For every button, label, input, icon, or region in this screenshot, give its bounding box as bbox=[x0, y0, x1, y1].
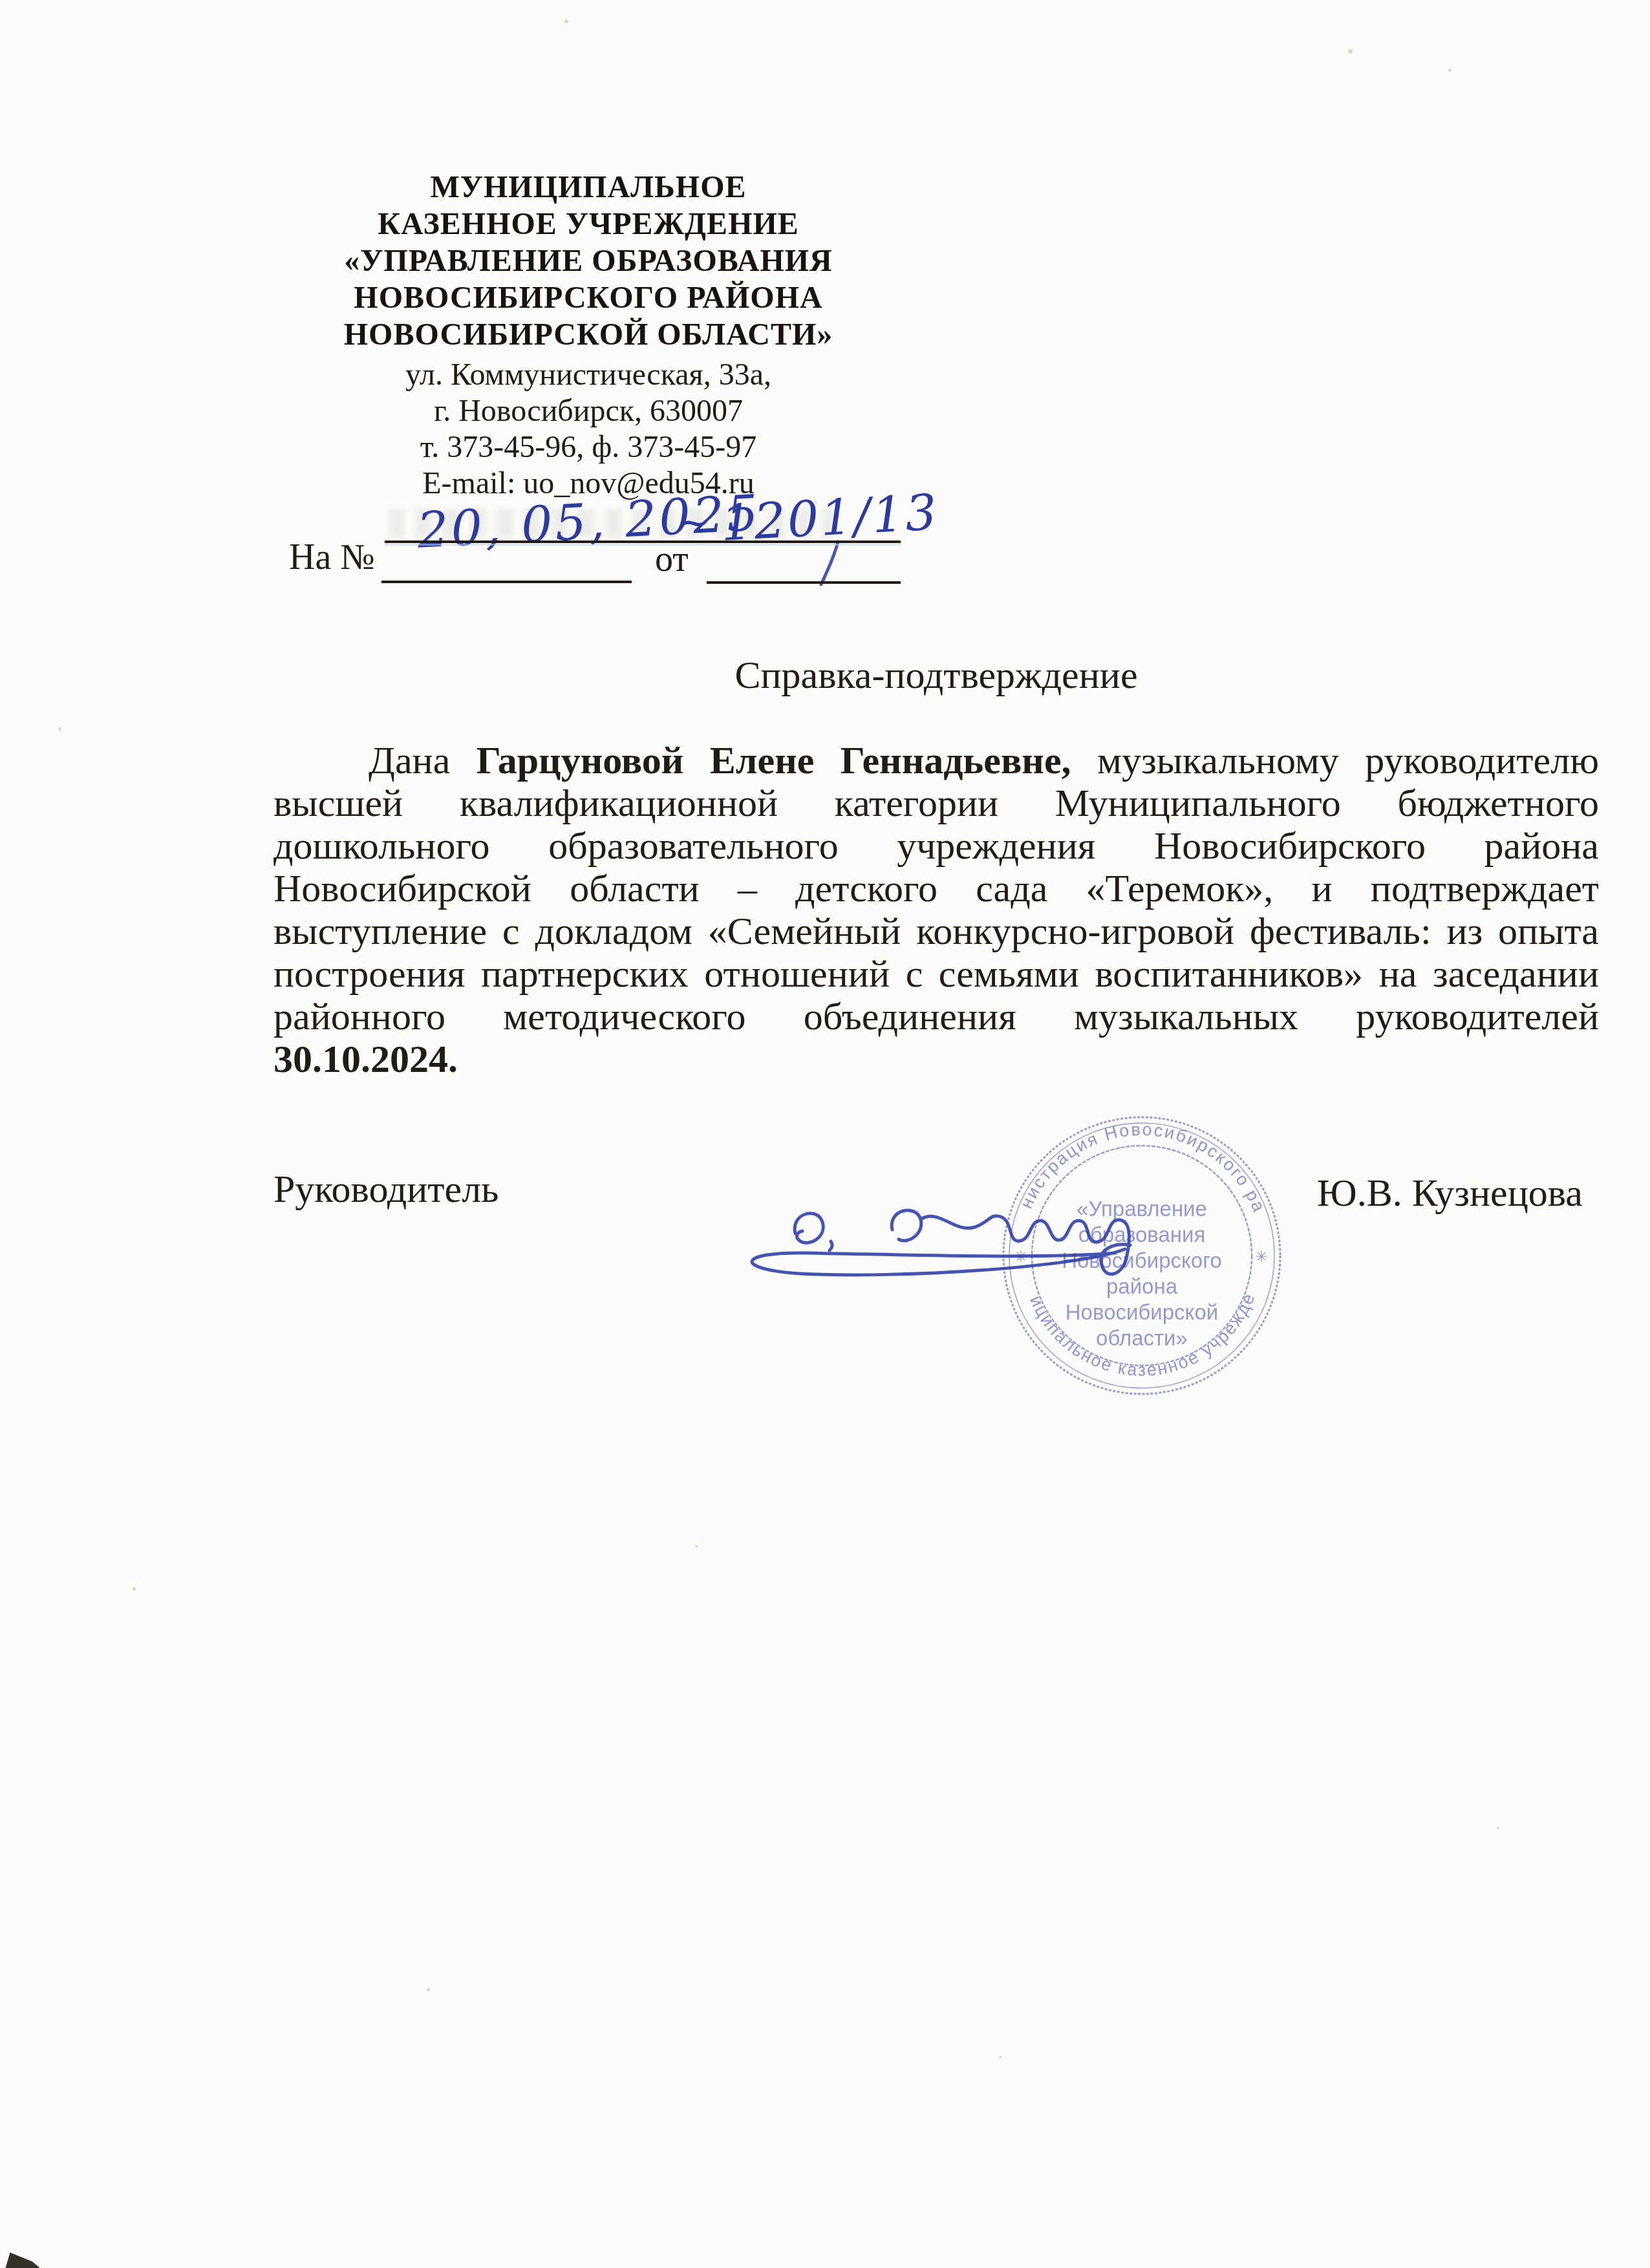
scan-speck bbox=[695, 1545, 698, 1548]
na-number-label: На № bbox=[289, 539, 375, 575]
reference-blank-line-right bbox=[707, 581, 901, 584]
address-phones: т. 373-45-96, ф. 373-45-97 bbox=[272, 429, 905, 465]
scan-speck bbox=[58, 727, 61, 731]
scan-speck bbox=[1348, 49, 1353, 54]
body-segment: Дана bbox=[369, 739, 477, 782]
scan-speck bbox=[999, 2056, 1002, 2059]
body-paragraph: Дана Гарцуновой Елене Геннадьевне, музык… bbox=[273, 739, 1599, 1080]
scan-speck bbox=[1448, 69, 1452, 72]
signer-role-label: Руководитель bbox=[273, 1168, 498, 1210]
handwritten-slash-stroke bbox=[802, 530, 866, 595]
letterhead-org-line: «УПРАВЛЕНИЕ ОБРАЗОВАНИЯ bbox=[272, 242, 905, 279]
reference-blank-line-left bbox=[381, 581, 632, 583]
scanner-artifact-line bbox=[385, 544, 901, 546]
body-segment-date-bold: 30.10.2024. bbox=[273, 1038, 458, 1080]
document-title: Справка-подтверждение bbox=[273, 654, 1599, 696]
scan-bleedthrough-band bbox=[388, 508, 834, 538]
scan-speck bbox=[133, 1587, 136, 1590]
letterhead-address: ул. Коммунистическая, 33а, г. Новосибирс… bbox=[272, 357, 905, 502]
address-street: ул. Коммунистическая, 33а, bbox=[272, 357, 905, 393]
body-segment: музыкальному руководителю высшей квалифи… bbox=[273, 739, 1599, 1038]
scan-corner-mark bbox=[0, 2238, 56, 2268]
ot-label: от bbox=[655, 541, 689, 577]
letterhead-org-line: НОВОСИБИРСКОГО РАЙОНА bbox=[272, 279, 905, 316]
signature-ink bbox=[698, 1183, 1190, 1312]
letterhead-org-line: КАЗЕННОЕ УЧРЕЖДЕНИЕ bbox=[272, 206, 905, 242]
stamp-separator-star-right: ✳ bbox=[1255, 1249, 1268, 1266]
signer-name: Ю.В. Кузнецова bbox=[1317, 1171, 1583, 1214]
letterhead-organization: МУНИЦИПАЛЬНОЕ КАЗЕННОЕ УЧРЕЖДЕНИЕ «УПРАВ… bbox=[272, 169, 905, 353]
scan-speck bbox=[1497, 1826, 1499, 1829]
letterhead-org-line: НОВОСИБИРСКОЙ ОБЛАСТИ» bbox=[272, 316, 905, 353]
scan-speck bbox=[427, 1988, 430, 1991]
scan-speck bbox=[1596, 881, 1598, 883]
address-city: г. Новосибирск, 630007 bbox=[272, 393, 905, 429]
reference-top-rule bbox=[385, 540, 901, 543]
address-email: E-mail: uo_nov@edu54.ru bbox=[272, 465, 905, 502]
scanned-letter-page: МУНИЦИПАЛЬНОЕ КАЗЕННОЕ УЧРЕЖДЕНИЕ «УПРАВ… bbox=[0, 0, 1650, 2268]
scan-speck bbox=[564, 19, 568, 23]
letterhead-org-line: МУНИЦИПАЛЬНОЕ bbox=[272, 169, 905, 206]
body-segment-name-bold: Гарцуновой Елене Геннадьевне, bbox=[477, 739, 1071, 782]
stamp-center-line: области» bbox=[1096, 1326, 1188, 1350]
